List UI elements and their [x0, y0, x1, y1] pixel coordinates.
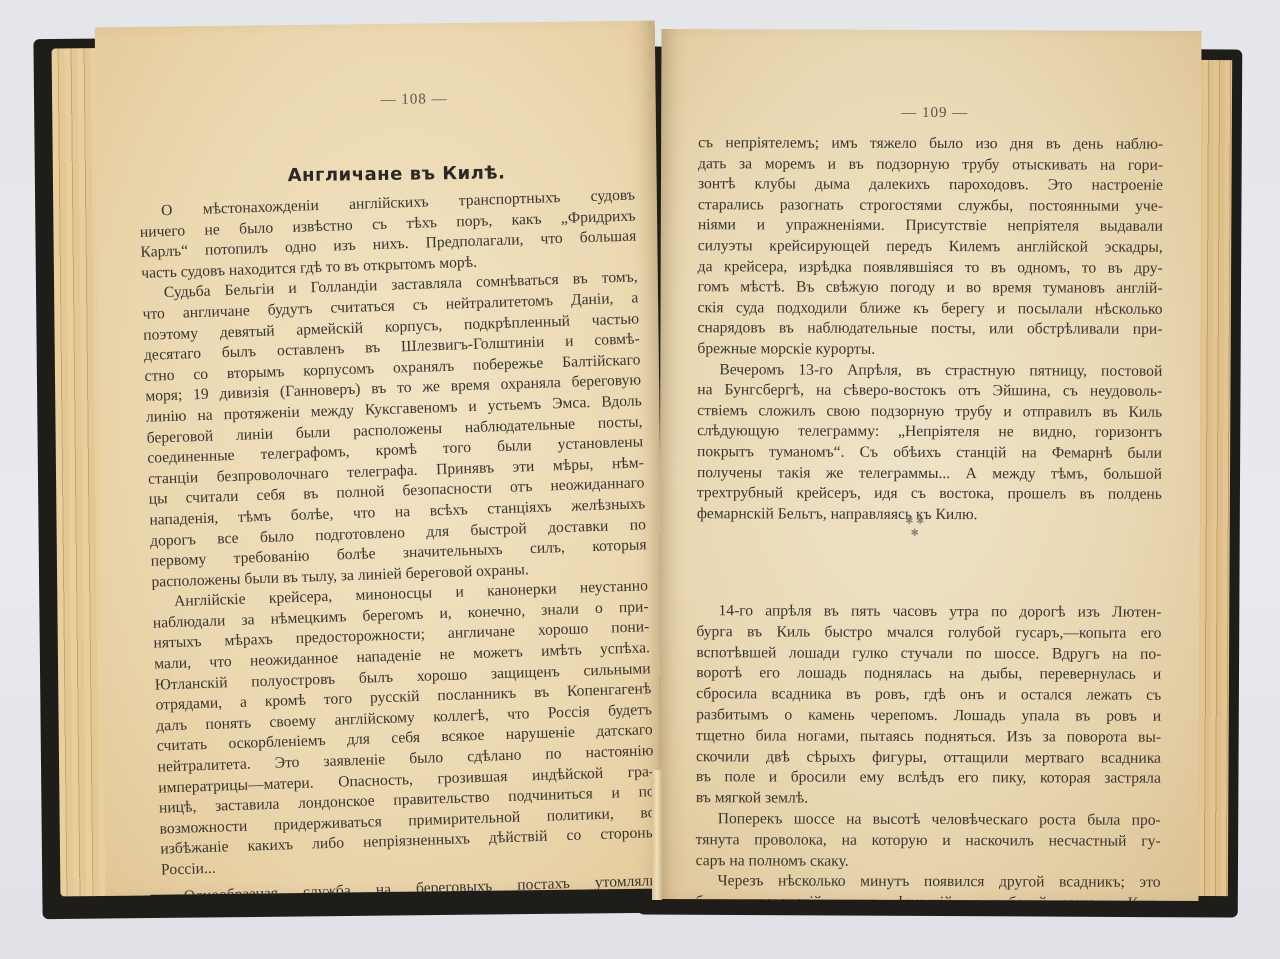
text-line: скія суда подходили ближе къ берегу и по… — [698, 298, 1163, 320]
text-line: вспотѣвшей лошади гулко стучали по шоссе… — [696, 643, 1161, 665]
text-line: ствіемъ сложилъ свою подзорную трубу и о… — [697, 401, 1162, 423]
text-line: 14-го апрѣля въ пять часовъ утра по доро… — [696, 601, 1161, 623]
chapter-title: Англичане въ Килѣ. — [186, 161, 606, 187]
text-line: Черезъ нѣсколько минутъ появился другой … — [696, 872, 1161, 894]
text-line: скочили двѣ сѣрыхъ фигуры, оттащили мерт… — [696, 747, 1161, 769]
right-page: — 109 — съ непріятелемъ; имъ тяжело было… — [658, 29, 1201, 901]
page-number: — 108 — — [381, 91, 448, 109]
text-line: бурга въ Киль быстро мчался голубой гуса… — [696, 622, 1161, 644]
asterism-icon: ✱ — [911, 528, 919, 539]
text-line: слѣдующую телеграмму: „Непріятеля не вид… — [697, 421, 1162, 443]
text-line: Вечеромъ 13-го Апрѣля, въ страстную пятн… — [697, 360, 1162, 382]
text-line: сбросила всадника въ ровъ, гдѣ онъ и ост… — [696, 684, 1161, 706]
body-text: О мѣстонахожденіи англійскихъ транспортн… — [139, 185, 659, 895]
text-line: Поперекъ шоссе на высотѣ человѣческаго р… — [696, 809, 1161, 831]
text-line: снарядовъ въ наблюдательные посты, или о… — [697, 319, 1162, 341]
text-line: гомъ мѣстѣ. Въ свѣжую погоду и во время … — [698, 277, 1163, 299]
text-line: брежные морскіе курорты. — [697, 339, 1162, 361]
text-line: силуэты крейсирующей передъ Килемъ англі… — [698, 236, 1163, 258]
left-page: — 108 — Англичане въ Килѣ. О мѣстонахожд… — [95, 21, 666, 896]
text-line: получены такія же телеграммы... А между … — [697, 463, 1162, 485]
text-line: тщетно била ногами, пытаясь подняться. И… — [696, 726, 1161, 748]
text-line: трехтрубный крейсеръ, идя съ востока, пр… — [697, 483, 1162, 505]
body-text-section-2: 14-го апрѣля въ пять часовъ утра по доро… — [695, 601, 1161, 901]
section-separator: ✱ ✱ ✱ — [890, 516, 940, 540]
text-line: съ непріятелемъ; имъ тяжело было изо дня… — [698, 133, 1163, 155]
gutter-tear — [652, 770, 662, 900]
text-line: разбитымъ о камень черепомъ. Лошадь упал… — [696, 705, 1161, 727]
body-text: съ непріятелемъ; имъ тяжело было изо дня… — [697, 133, 1163, 526]
text-line: покрытъ туманомъ“. Съ обѣихъ станцій на … — [697, 442, 1162, 464]
text-line: тянута проволока, на которую и наскочилъ… — [696, 830, 1161, 852]
text-line: да крейсера, изрѣдка появлявшіяся то въ … — [698, 257, 1163, 279]
text-line: на Бунгсбергѣ, на сѣверо-востокъ отъ Эйш… — [697, 380, 1162, 402]
text-line: ніями и упражненіями. Присутствіе непрія… — [698, 216, 1163, 238]
text-line: саръ на полномъ скаку. — [696, 851, 1161, 873]
asterism-icon: ✱ ✱ — [905, 516, 924, 527]
page-number: — 109 — — [901, 105, 968, 122]
text-line: зонтѣ клубы дыма далекихъ пароходовъ. Эт… — [698, 174, 1163, 196]
text-line: дать за моремъ и въ подзорную трубу отыс… — [698, 154, 1163, 176]
text-line: воротѣ его лошадь поднялась на дыбы, пер… — [696, 664, 1161, 686]
text-line: въ поле и бросили ему вслѣдъ его пику, к… — [696, 768, 1161, 790]
text-line: въ мягкой землѣ. — [696, 788, 1161, 810]
text-line: старались разогнать строгостями службы, … — [698, 195, 1163, 217]
